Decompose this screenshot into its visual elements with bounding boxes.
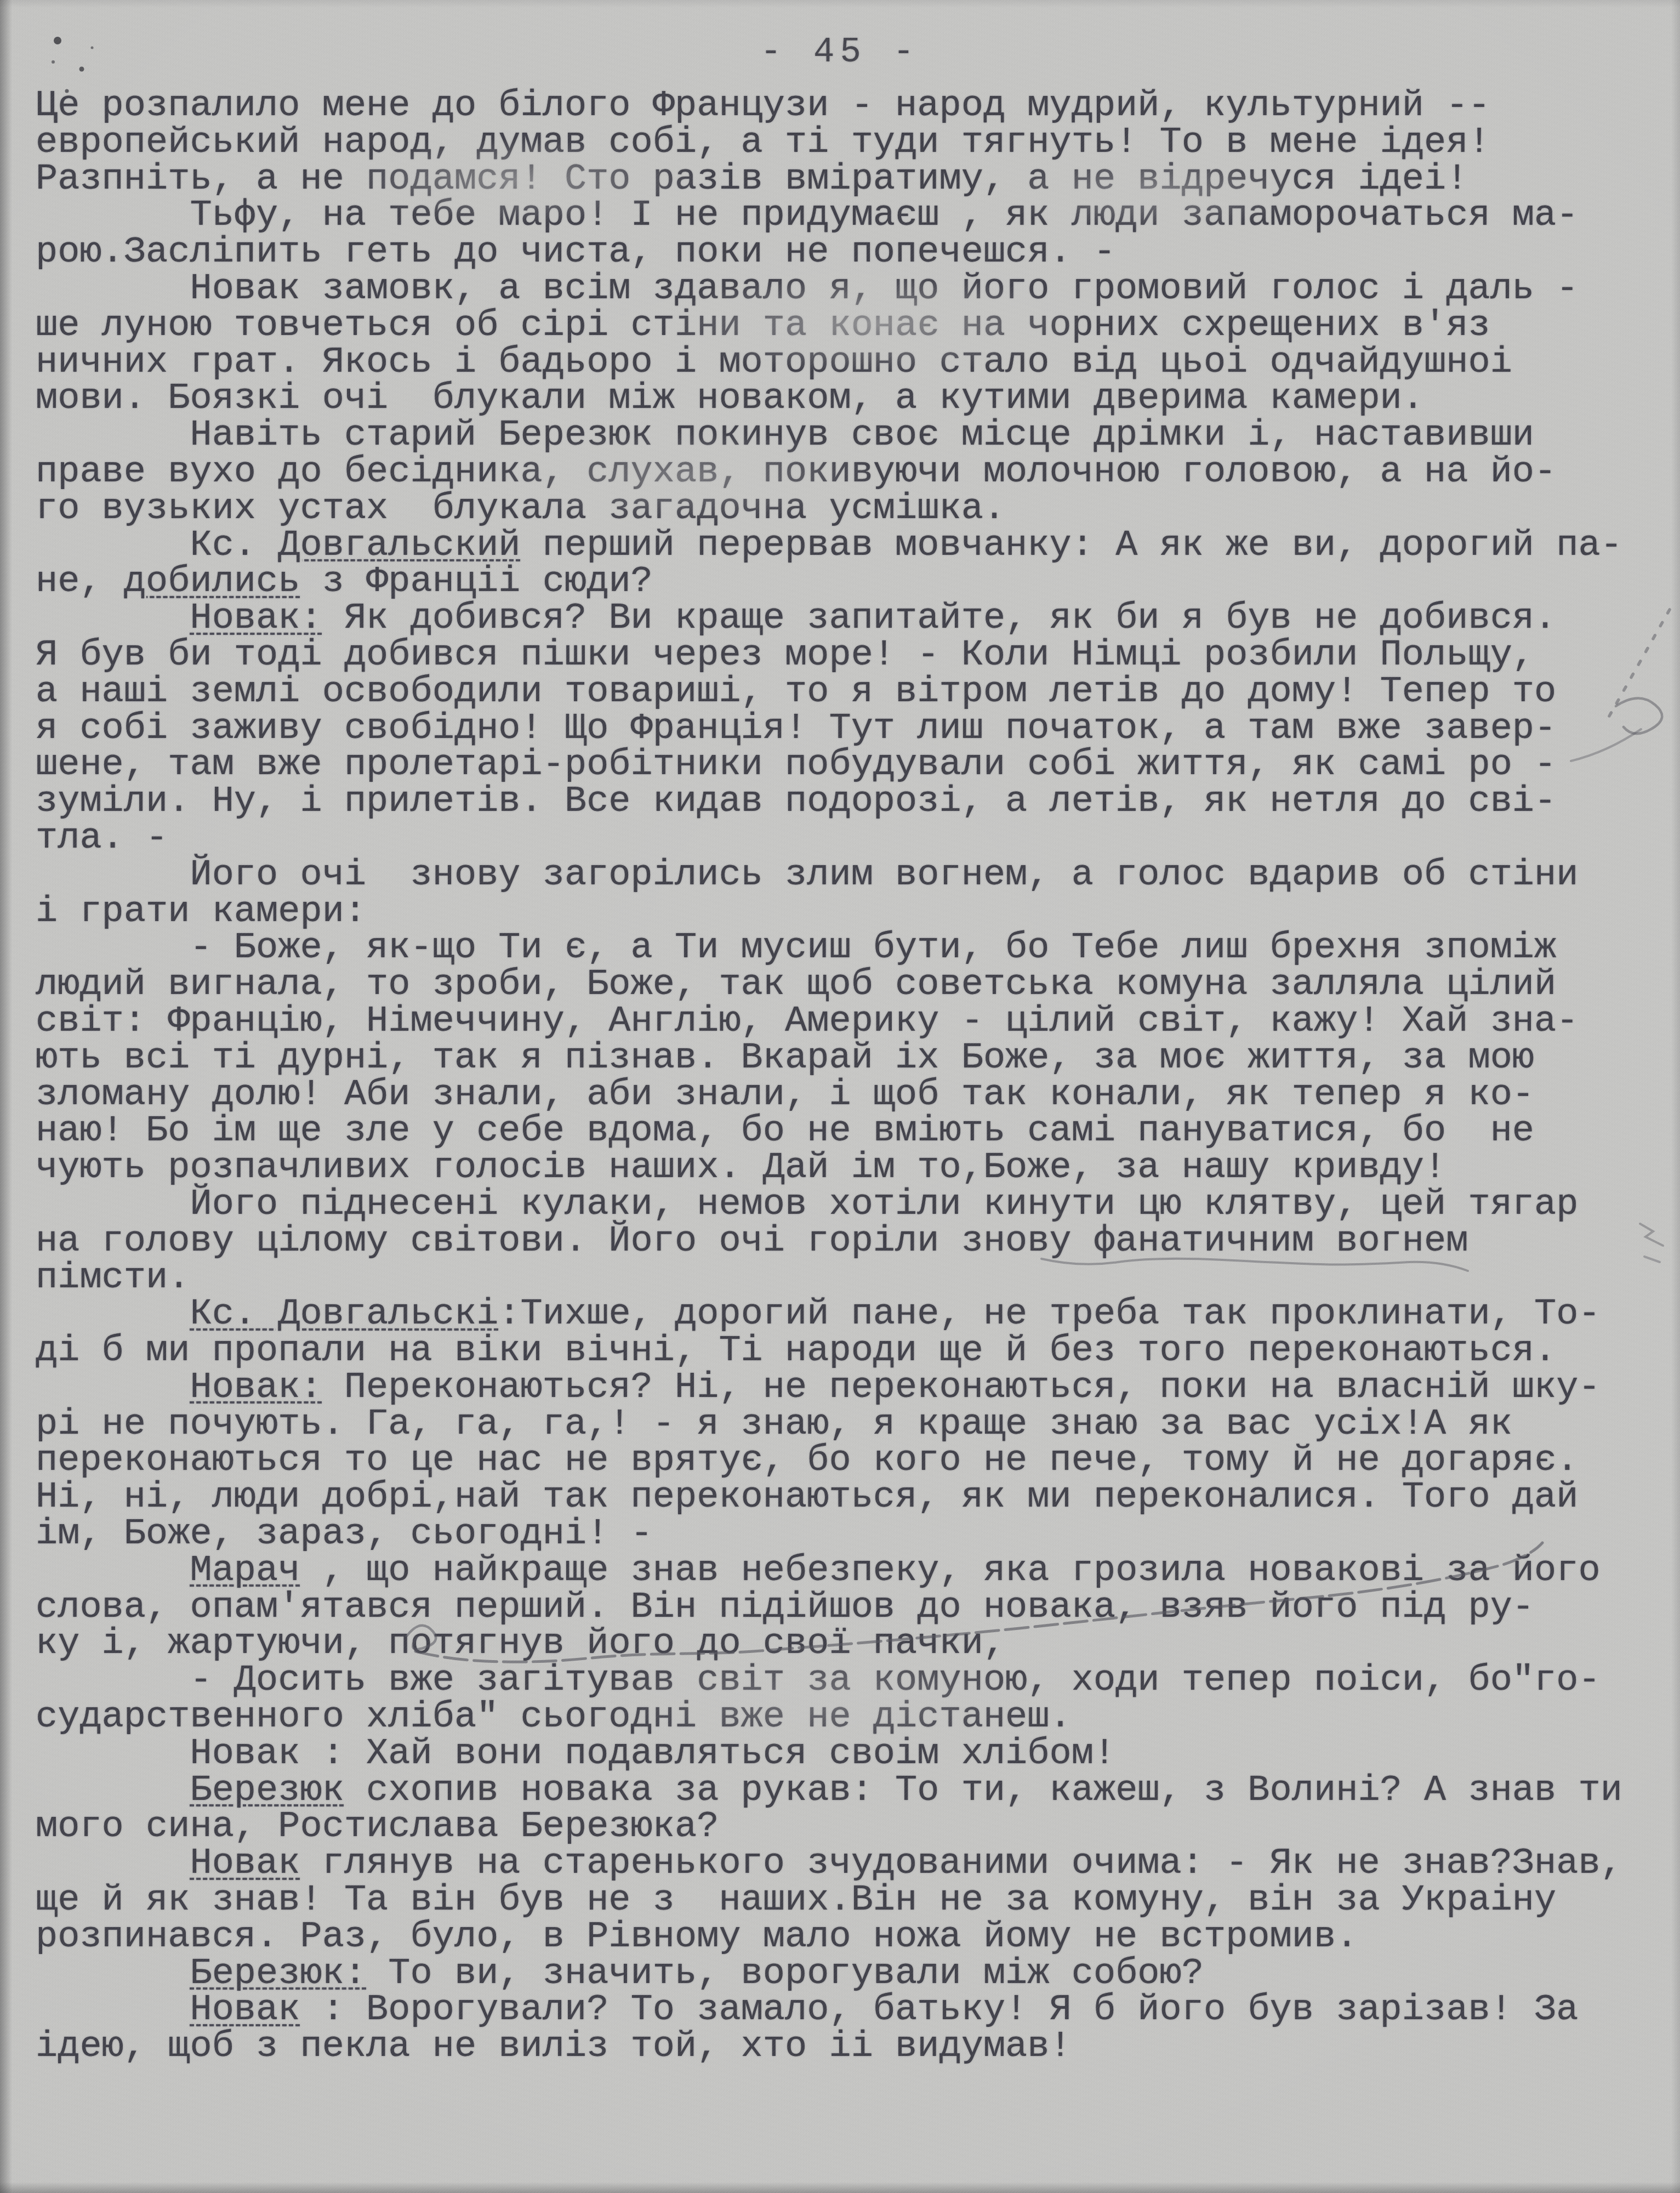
text-line: Разпніть, а не подамся! Сто разів вмірат… [36,161,1658,198]
text-line: Це розпалило мене до білого Французи - н… [36,88,1658,124]
text-line: ді б ми пропали на віки вічні, Ті народи… [36,1333,1658,1370]
text-line: Ні, ні, люди добрі,най так переконаються… [36,1479,1658,1516]
text-line: ще й як знав! Та він був не з наших.Він … [36,1882,1658,1919]
text-segment: Новак замовк, а всім здавало я, що його … [36,268,1578,310]
text-line: пімсти. [36,1260,1658,1297]
text-segment: слова, опам'ятався перший. Він підійшов … [36,1587,1534,1628]
text-segment: сударственного хліба" сьогодні вже не ді… [36,1696,1072,1738]
underlined-speaker-name: Довгальский [278,525,520,566]
text-line: Новак замовк, а всім здавало я, що його … [36,271,1658,308]
text-segment: го вузьких устах блукала загадочна усміш… [36,488,1005,530]
text-segment: Його очі знову загорілись злим вогнем, а… [36,854,1578,896]
text-segment: пімсти. [36,1257,190,1299]
text-line: Кс. Довгальскі:Тихше, дорогий пане, не т… [36,1296,1658,1333]
text-segment: ді б ми пропали на віки вічні, Ті народи… [36,1330,1556,1372]
text-segment: ідею, щоб з пекла не виліз той, хто іі в… [36,2026,1072,2067]
text-segment: на голову цілому світови. Його очі горіл… [36,1220,1468,1262]
text-segment: Як добився? Ви краще запитайте, як би я … [322,598,1557,639]
text-line: зуміли. Ну, і прилетів. Все кидав подоро… [36,783,1658,820]
text-segment: Це розпалило мене до білого Французи - н… [36,85,1490,127]
text-segment [36,1843,190,1884]
text-segment: глянув на старенького зчудованими очима:… [300,1843,1622,1884]
text-line: Березюк: То ви, значить, ворогували між … [36,1956,1658,1992]
text-line: світ: Францію, Німеччину, Англію, Америк… [36,1003,1658,1040]
underlined-speaker-name: Новак [190,1843,300,1884]
text-segment [36,1770,190,1811]
text-line: слова, опам'ятався перший. Він підійшов … [36,1589,1658,1626]
text-line: го вузьких устах блукала загадочна усміш… [36,491,1658,527]
text-line: Марач , що найкраще знав небезпеку, яка … [36,1553,1658,1589]
text-line: мого сина, Ростислава Березюка? [36,1809,1658,1845]
text-segment: - Досить вже загітував світ за комуною, … [36,1660,1601,1701]
text-line: Новак: Переконаються? Ні, не переконають… [36,1370,1658,1406]
text-line: ше луною товчеться об сірі стіни та кона… [36,308,1658,344]
text-segment [36,1293,190,1335]
text-segment: рою.Засліпить геть до чиста, поки не поп… [36,231,1115,273]
text-segment: европейський народ, думав собі, а ті туд… [36,122,1490,163]
text-segment: мови. Боязкі очі блукали між новаком, а … [36,378,1424,419]
text-segment: шене, там вже пролетарі-робітники побуду… [36,744,1556,786]
text-line: - Боже, як-що Ти є, а Ти мусиш бути, бо … [36,930,1658,967]
text-segment: зуміли. Ну, і прилетів. Все кидав подоро… [36,781,1556,822]
text-segment [36,1550,190,1592]
text-segment: ім, Боже, зараз, сьогодні! - [36,1513,653,1555]
text-line: наю! Бо ім ще зле у себе вдома, бо не вм… [36,1113,1658,1150]
text-segment: людий вигнала, то зроби, Боже, так щоб с… [36,964,1556,1005]
text-segment: я собі заживу свобідно! Що Франція! Тут … [36,708,1556,749]
text-segment: ничних грат. Якось і бадьоро і моторошно… [36,342,1512,383]
text-line: Кс. Довгальский перший перервав мовчанку… [36,527,1658,564]
text-line: чують розпачливих голосів наших. Дай ім … [36,1150,1658,1186]
text-line: шене, там вже пролетарі-робітники побуду… [36,747,1658,783]
text-segment: ше луною товчеться об сірі стіни та кона… [36,305,1490,346]
page-number: - 45 - [0,35,1680,70]
text-segment: чують розпачливих голосів наших. Дай ім … [36,1147,1446,1189]
text-segment: То ви, значить, ворогували між собою? [366,1953,1204,1995]
text-line: ім, Боже, зараз, сьогодні! - [36,1516,1658,1553]
underlined-speaker-name: Новак: [190,598,322,639]
text-line: ють всі ті дурні, так я пізнав. Вкарай і… [36,1040,1658,1077]
typewritten-text: Це розпалило мене до білого Французи - н… [36,88,1658,2065]
text-line: а наші землі освободили товариші, то я в… [36,674,1658,711]
text-line: рі не почують. Га, га, га,! - я знаю, я … [36,1406,1658,1443]
text-line: мови. Боязкі очі блукали між новаком, а … [36,380,1658,417]
text-line: Його піднесені кулаки, немов хотіли кину… [36,1186,1658,1223]
text-line: людий вигнала, то зроби, Боже, так щоб с… [36,967,1658,1003]
paper-sheet: - 45 - Це розпалило мене до білого Франц… [0,0,1680,2193]
text-line: Тьфу, на тебе маро! І не придумаєш , як … [36,197,1658,234]
text-line: рою.Засліпить геть до чиста, поки не поп… [36,234,1658,271]
text-segment: схопив новака за рукав: То ти, кажеш, з … [344,1770,1622,1811]
text-line: тла. - [36,820,1658,857]
text-line: Новак : Ворогували? То замало, батьку! Я… [36,1992,1658,2029]
text-line: Я був би тоді добився пішки через море! … [36,637,1658,674]
text-segment: ще й як знав! Та він був не з наших.Він … [36,1879,1556,1921]
text-line: Навіть старий Березюк покинув своє місце… [36,417,1658,454]
text-segment: :Тихше, дорогий пане, не треба так прокл… [498,1293,1600,1335]
text-line: я собі заживу свобідно! Що Франція! Тут … [36,711,1658,747]
underlined-speaker-name: Новак [190,1989,300,2031]
text-segment: розпинався. Раз, було, в Рівному мало но… [36,1916,1358,1958]
struck-out-text: потягнув його до свої пачки, [388,1623,1005,1664]
text-segment: Новак : Хай вони подавляться своім хлібо… [36,1733,1115,1775]
text-segment [36,1989,190,2031]
text-line: зломану долю! Аби знали, аби знали, і що… [36,1077,1658,1113]
text-segment: Навіть старий Березюк покинув своє місце… [36,414,1534,456]
text-segment: ють всі ті дурні, так я пізнав. Вкарай і… [36,1037,1534,1079]
text-line: праве вухо до бесідника, слухав, покивую… [36,454,1658,491]
text-line: Його очі знову загорілись злим вогнем, а… [36,857,1658,894]
text-line: Новак глянув на старенького зчудованими … [36,1845,1658,1882]
text-segment: Я був би тоді добився пішки через море! … [36,634,1534,676]
text-segment: тла. - [36,817,168,859]
text-segment [36,1953,190,1995]
text-segment [36,598,190,639]
text-line: Новак : Хай вони подавляться своім хлібо… [36,1736,1658,1772]
text-segment: Тьфу, на тебе маро! І не придумаєш , як … [36,195,1578,236]
text-line: і грати камери: [36,894,1658,930]
text-segment: не, [36,561,124,603]
text-line: ничних грат. Якось і бадьоро і моторошно… [36,344,1658,381]
text-line: Березюк схопив новака за рукав: То ти, к… [36,1772,1658,1809]
text-segment: рі не почують. Га, га, га,! - я знаю, я … [36,1404,1512,1445]
text-segment: світ: Францію, Німеччину, Англію, Америк… [36,1001,1578,1042]
text-segment: ку і, жартуючи, [36,1623,388,1664]
text-line: розпинався. Раз, було, в Рівному мало но… [36,1919,1658,1956]
text-segment: праве вухо до бесідника, слухав, покивую… [36,451,1556,493]
text-segment: : Ворогували? То замало, батьку! Я б йог… [300,1989,1579,2031]
text-segment: мого сина, Ростислава Березюка? [36,1806,719,1848]
scanned-document-page: - 45 - Це розпалило мене до білого Франц… [0,0,1680,2193]
text-segment: а наші землі освободили товариші, то я в… [36,671,1556,713]
text-segment: Разпніть, а не подамся! Сто разів вмірат… [36,158,1468,200]
underlined-speaker-name: добились [124,561,300,603]
text-segment: - Боже, як-що Ти є, а Ти мусиш бути, бо … [36,927,1556,969]
underlined-speaker-name: Березюк [190,1770,344,1811]
underlined-speaker-name: Новак: [190,1367,322,1408]
text-segment: Переконаються? Ні, не переконаються, пок… [322,1367,1601,1408]
text-line: сударственного хліба" сьогодні вже не ді… [36,1699,1658,1736]
text-segment: Ні, ні, люди добрі,най так переконаються… [36,1476,1578,1518]
text-segment: перший перервав мовчанку: А як же ви, до… [521,525,1622,566]
text-line: ідею, щоб з пекла не виліз той, хто іі в… [36,2029,1658,2065]
text-line: Новак: Як добився? Ви краще запитайте, я… [36,600,1658,637]
text-line: переконаються то це нас не врятує, бо ко… [36,1442,1658,1479]
text-segment: з Франціі сюди? [300,561,652,603]
underlined-speaker-name: Марач [190,1550,300,1592]
text-segment: Його піднесені кулаки, немов хотіли кину… [36,1184,1578,1225]
text-segment [36,1367,190,1408]
text-line: на голову цілому світови. Його очі горіл… [36,1223,1658,1260]
text-line: европейський народ, думав собі, а ті туд… [36,124,1658,161]
underlined-speaker-name: Березюк: [190,1953,366,1995]
text-segment: зломану долю! Аби знали, аби знали, і що… [36,1074,1534,1116]
text-segment: , що найкраще знав небезпеку, яка грозил… [300,1550,1601,1592]
text-line: ку і, жартуючи, потягнув його до свої па… [36,1626,1658,1662]
text-segment: і грати камери: [36,891,366,933]
text-segment: наю! Бо ім ще зле у себе вдома, бо не вм… [36,1110,1534,1152]
text-line: - Досить вже загітував світ за комуною, … [36,1662,1658,1699]
text-segment: переконаються то це нас не врятує, бо ко… [36,1440,1578,1481]
text-segment: Кс. [36,525,278,566]
text-line: не, добились з Франціі сюди? [36,564,1658,600]
underlined-speaker-name: Кс. Довгальскі [190,1293,498,1335]
